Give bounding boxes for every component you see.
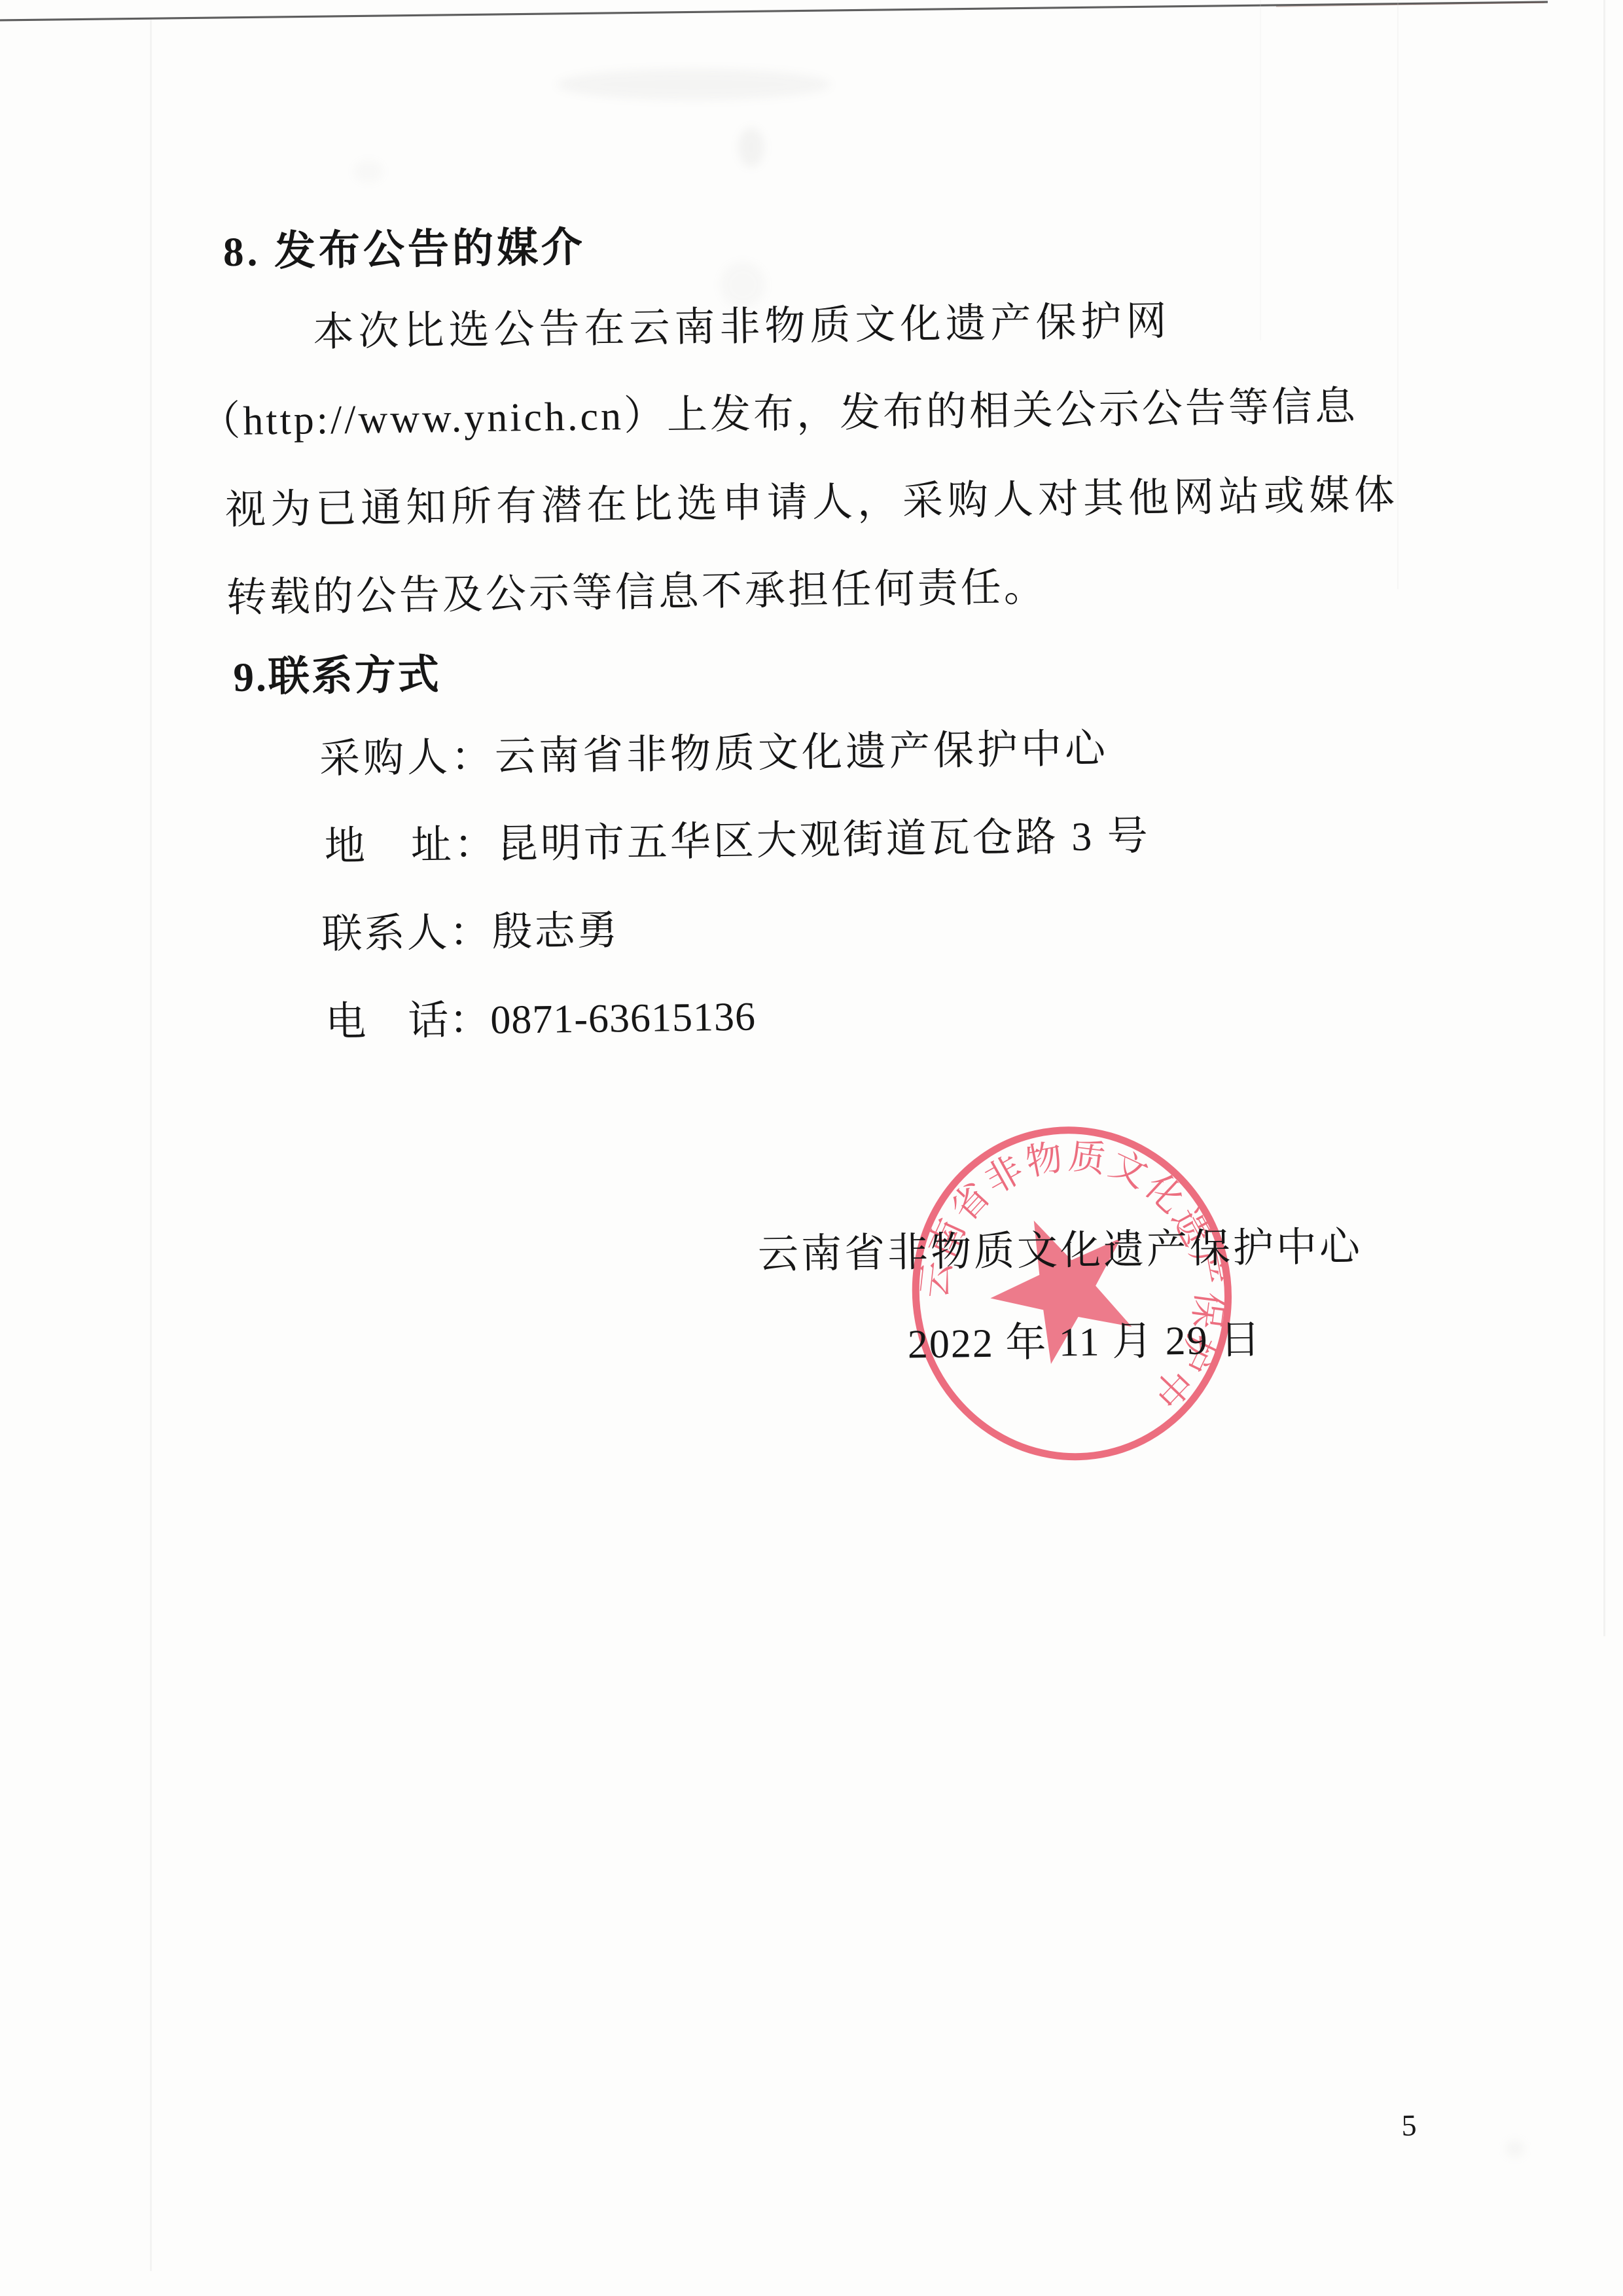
paragraph-line: 本次比选公告在云南非物质文化遗产保护网 [313,298,1171,357]
contact-line-address: 地 址：昆明市五华区大观街道瓦仓路 3 号 [324,813,1150,872]
contact-line-phone: 电 话：0871-63615136 [325,994,757,1047]
paragraph-line: 视为已通知所有潜在比选申请人，采购人对其他网站或媒体 [225,472,1400,535]
paragraph-line: 转载的公告及公示等信息不承担任何责任。 [226,564,1047,623]
section-8-heading: 8. 发布公告的媒介 [223,223,586,277]
document-content: 8. 发布公告的媒介 本次比选公告在云南非物质文化遗产保护网 （http://w… [0,0,1623,2296]
paragraph-line-with-url: （http://www.ynich.cn）上发布，发布的相关公示公告等信息 [200,383,1359,446]
document-page: 8. 发布公告的媒介 本次比选公告在云南非物质文化遗产保护网 （http://w… [0,0,1623,2296]
official-seal-stamp: 云南省非物质文化遗产保护中心 [899,1115,1244,1473]
contact-line-person: 联系人：殷志勇 [321,907,620,959]
contact-line-purchaser: 采购人：云南省非物质文化遗产保护中心 [319,725,1109,783]
signature-date: 2022 年 11 月 29 日 [907,1316,1262,1369]
page-number: 5 [1401,2108,1417,2144]
signature-organization: 云南省非物质文化遗产保护中心 [758,1223,1363,1279]
section-9-heading: 9.联系方式 [233,651,441,702]
